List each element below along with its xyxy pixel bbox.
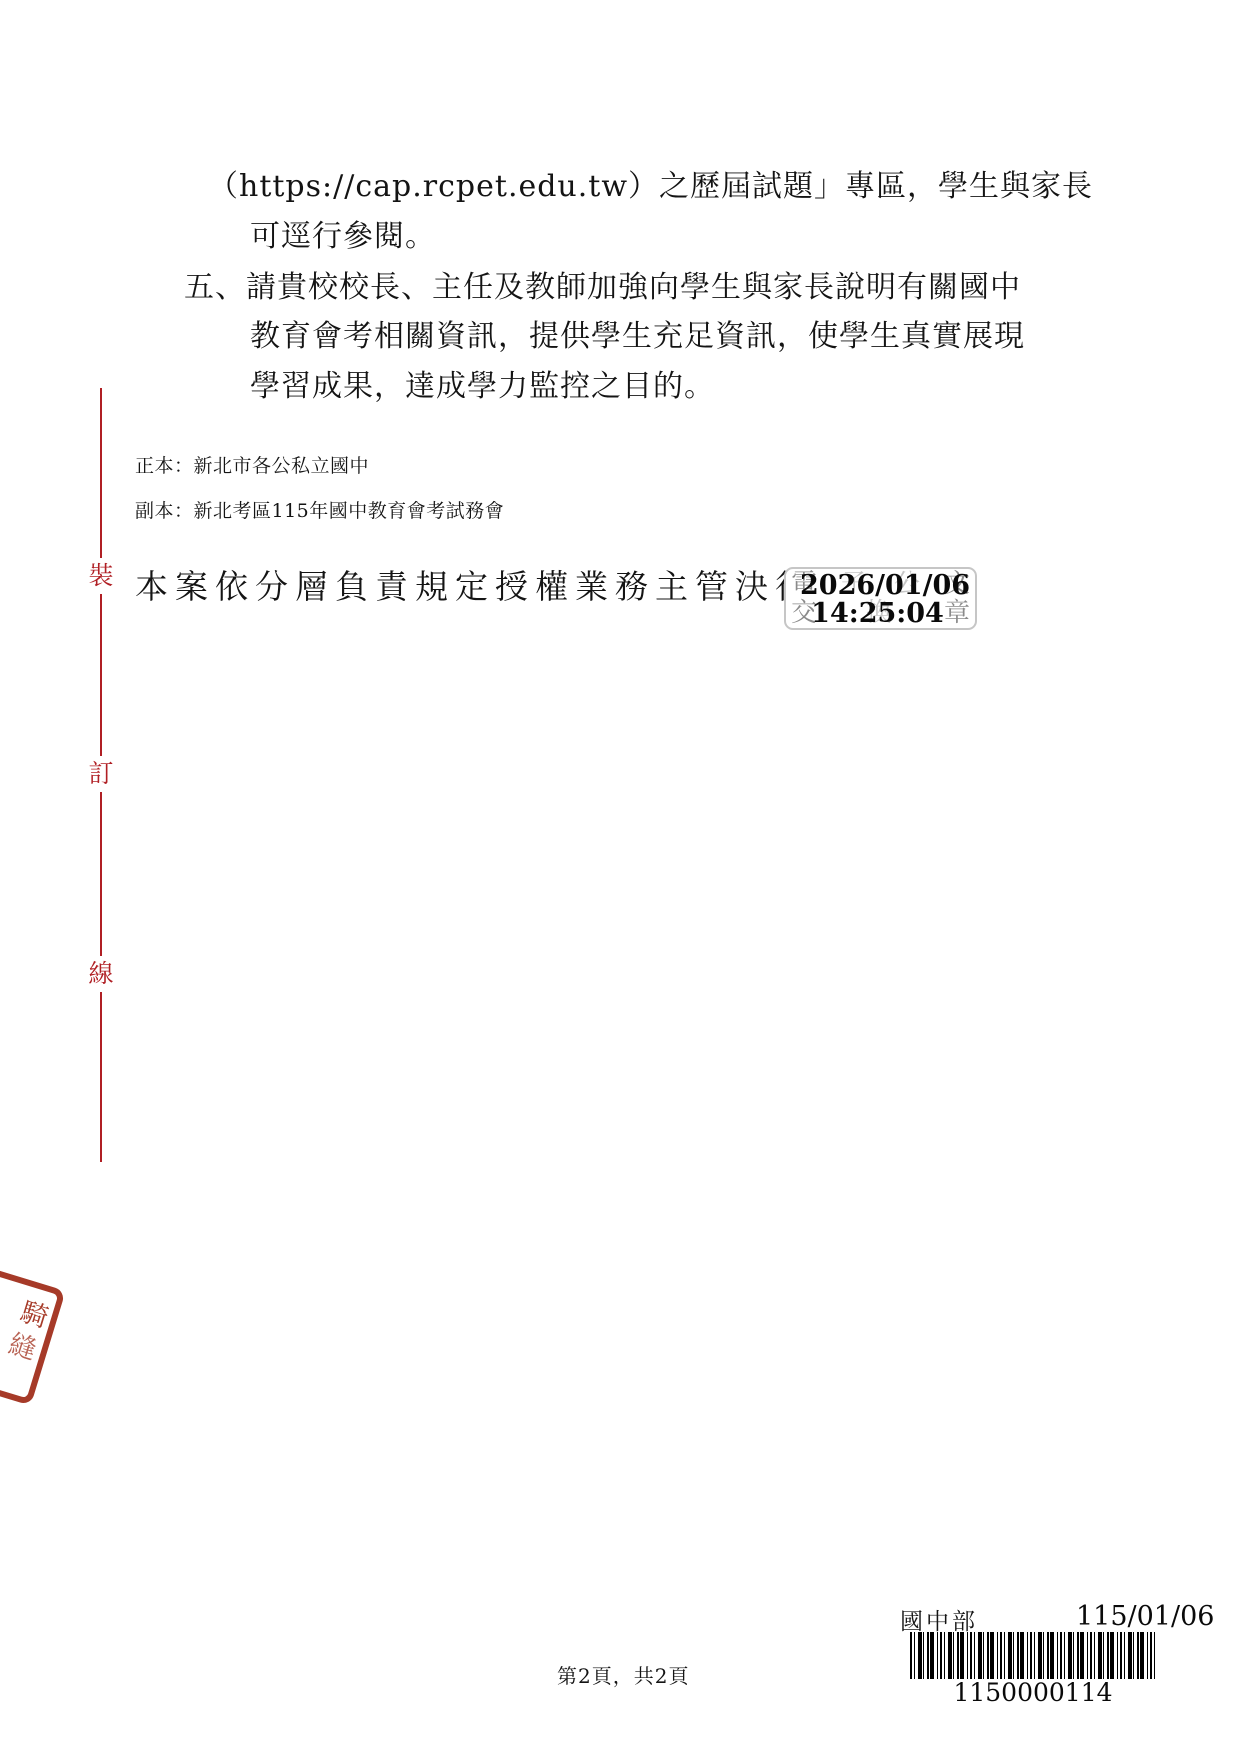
page-joint-seal-char-2: 縫 xyxy=(5,1329,40,1367)
body-line-url-continuation: （https://cap.rcpet.edu.tw）之歷屆試題」專區，學生與家長 xyxy=(208,169,1093,205)
binding-mark-bottom: 線 xyxy=(85,956,117,992)
recipient-carbon-copy: 副本：新北考區115年國中教育會考試務會 xyxy=(135,499,504,523)
body-line-item-five: 五、請貴校校長、主任及教師加強向學生與家長說明有關國中 xyxy=(184,270,1021,306)
body-line-item-five-wrap-2: 學習成果，達成學力監控之目的。 xyxy=(250,369,715,405)
body-line-item-five-wrap-1: 教育會考相關資訊，提供學生充足資訊，使學生真實展現 xyxy=(250,319,1025,355)
barcode-number: 1150000114 xyxy=(910,1678,1156,1707)
page-joint-seal-char-1: 騎 xyxy=(16,1296,52,1334)
barcode xyxy=(910,1632,1156,1679)
stamp-time: 14:25:04 xyxy=(800,600,955,628)
page-joint-seal: 騎 縫 xyxy=(0,1265,140,1435)
binding-mark-top: 裝 xyxy=(85,558,117,594)
page-number-indicator: 第2頁，共2頁 xyxy=(557,1660,689,1689)
body-line-continuation-2: 可逕行參閱。 xyxy=(250,219,436,255)
stamp-date: 2026/01/06 xyxy=(800,572,955,600)
stamp-datetime: 2026/01/06 14:25:04 xyxy=(800,572,955,628)
authorization-note: 本案依分層負責規定授權業務主管決行 xyxy=(135,568,815,606)
document-page: （https://cap.rcpet.edu.tw）之歷屆試題」專區，學生與家長… xyxy=(0,0,1240,1754)
binding-mark-middle: 訂 xyxy=(85,756,117,792)
recipient-original: 正本：新北市各公私立國中 xyxy=(135,454,369,478)
footer-date: 115/01/06 xyxy=(1076,1601,1214,1632)
electronic-exchange-stamp: 電 子 公 文 交 換 章 2026/01/06 14:25:04 xyxy=(784,567,977,630)
